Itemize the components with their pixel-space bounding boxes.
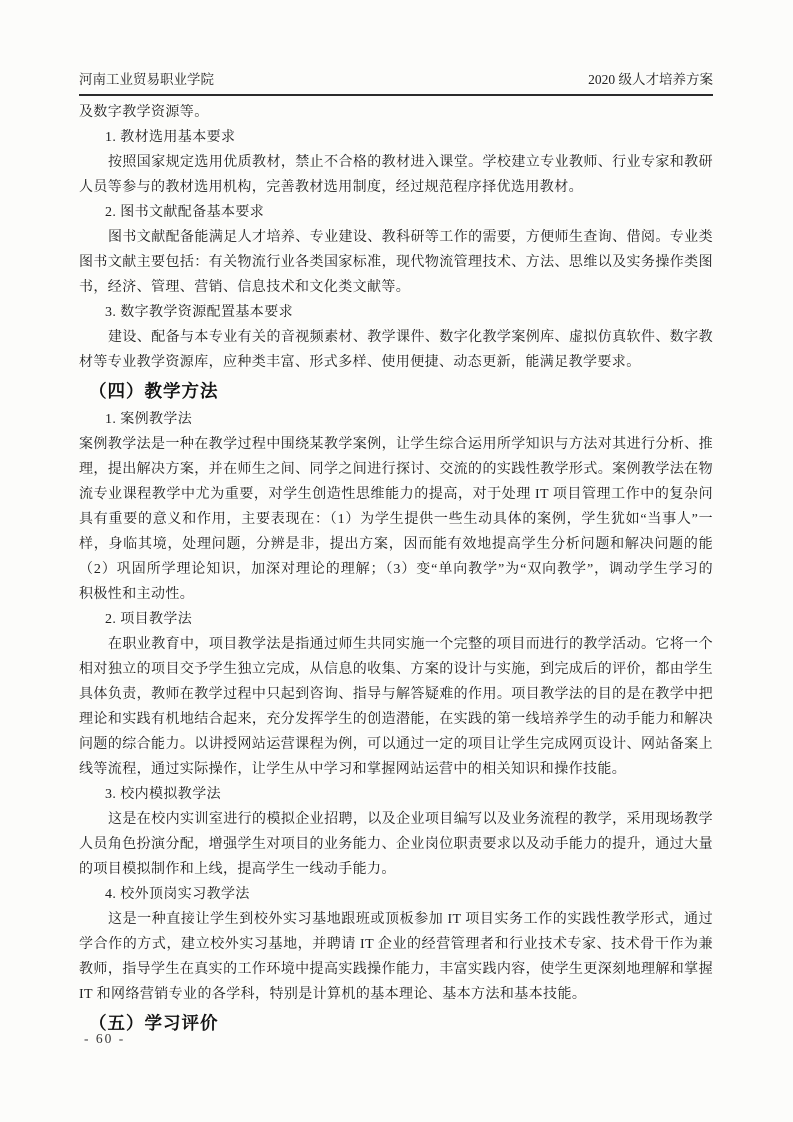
text-line: 教师，指导学生在真实的工作环境中提高实践操作能力，丰富实践内容，使学生更深刻地理…: [79, 957, 713, 982]
text-line: 这是一种直接让学生到校外实习基地跟班或顶板参加 IT 项目实务工作的实践性教学形…: [79, 907, 713, 932]
document-body: 及数字教学资源等。1. 教材选用基本要求按照国家规定选用优质教材，禁止不合格的教…: [79, 100, 713, 1039]
page-header: 河南工业贸易职业学院 2020 级人才培养方案: [79, 71, 713, 88]
text-line: 具有重要的意义和作用，主要表现在：（1）为学生提供一些生动具体的案例，学生犹如“…: [79, 507, 713, 532]
text-line: 理，提出解决方案，并在师生之间、同学之间进行探讨、交流的的实践性教学形式。案例教…: [79, 457, 713, 482]
text-line: 图书文献配备能满足人才培养、专业建设、教科研等工作的需要，方便师生查询、借阅。专…: [79, 225, 713, 250]
text-line: 在职业教育中，项目教学法是指通过师生共同实施一个完整的项目而进行的教学活动。它将…: [79, 632, 713, 657]
text-line: 人员角色扮演分配，增强学生对项目的业务能力、企业岗位职责要求以及动手能力的提升，…: [79, 832, 713, 857]
text-line: 人员等参与的教材选用机构，完善教材选用制度，经过规范程序择优选用教材。: [79, 175, 713, 200]
document-page: 河南工业贸易职业学院 2020 级人才培养方案 及数字教学资源等。1. 教材选用…: [0, 0, 793, 1122]
text-line: 样，身临其境，处理问题，分辨是非，提出方案，因而能有效地提高学生分析问题和解决问…: [79, 532, 713, 557]
numbered-item-heading: 1. 案例教学法: [79, 407, 713, 432]
text-line: 建设、配备与本专业有关的音视频素材、教学课件、数字化教学案例库、虚拟仿真软件、数…: [79, 325, 713, 350]
text-line: 问题的综合能力。以讲授网站运营课程为例，可以通过一定的项目让学生完成网页设计、网…: [79, 732, 713, 757]
text-line: 及数字教学资源等。: [79, 100, 713, 125]
text-line: 图书文献主要包括：有关物流行业各类国家标准，现代物流管理技术、方法、思维以及实务…: [79, 250, 713, 275]
numbered-item-heading: 1. 教材选用基本要求: [79, 125, 713, 150]
numbered-item-heading: 4. 校外顶岗实习教学法: [79, 882, 713, 907]
text-line: 线等流程，通过实际操作，让学生从中学习和掌握网站运营中的相关知识和操作技能。: [79, 757, 713, 782]
numbered-item-heading: 3. 数字教学资源配置基本要求: [79, 300, 713, 325]
text-line: 材等专业教学资源库，应种类丰富、形式多样、使用便捷、动态更新，能满足教学要求。: [79, 350, 713, 375]
text-line: IT 和网络营销专业的各学科，特别是计算机的基本理论、基本方法和基本技能。: [79, 982, 713, 1007]
text-line: 具体负责，教师在教学过程中只起到咨询、指导与解答疑难的作用。项目教学法的目的是在…: [79, 682, 713, 707]
text-line: 按照国家规定选用优质教材，禁止不合格的教材进入课堂。学校建立专业教师、行业专家和…: [79, 150, 713, 175]
text-line: （2）巩固所学理论知识，加深对理论的理解；（3）变“单向教学”为“双向教学”，调…: [79, 557, 713, 582]
numbered-item-heading: 3. 校内模拟教学法: [79, 782, 713, 807]
page-number: - 60 -: [84, 1031, 125, 1047]
section-heading: （四）教学方法: [79, 377, 713, 405]
text-line: 学合作的方式，建立校外实习基地，并聘请 IT 企业的经营管理者和行业技术专家、技…: [79, 932, 713, 957]
text-line: 的项目模拟制作和上线，提高学生一线动手能力。: [79, 857, 713, 882]
numbered-item-heading: 2. 图书文献配备基本要求: [79, 200, 713, 225]
text-line: 书，经济、管理、营销、信息技术和文化类文献等。: [79, 275, 713, 300]
text-line: 这是在校内实训室进行的模拟企业招聘，以及企业项目编写以及业务流程的教学，采用现场…: [79, 807, 713, 832]
header-school-name: 河南工业贸易职业学院: [79, 71, 214, 88]
numbered-item-heading: 2. 项目教学法: [79, 607, 713, 632]
text-line: 流专业课程教学中尤为重要，对学生创造性思维能力的提高，对于处理 IT 项目管理工…: [79, 482, 713, 507]
text-line: 积极性和主动性。: [79, 582, 713, 607]
text-line: 案例教学法是一种在教学过程中围绕某教学案例，让学生综合运用所学知识与方法对其进行…: [79, 432, 713, 457]
header-rule: [79, 94, 713, 96]
header-doc-title: 2020 级人才培养方案: [588, 71, 713, 88]
text-line: 理论和实践有机地结合起来，充分发挥学生的创造潜能，在实践的第一线培养学生的动手能…: [79, 707, 713, 732]
section-heading: （五）学习评价: [79, 1009, 713, 1037]
text-line: 相对独立的项目交予学生独立完成，从信息的收集、方案的设计与实施，到完成后的评价，…: [79, 657, 713, 682]
